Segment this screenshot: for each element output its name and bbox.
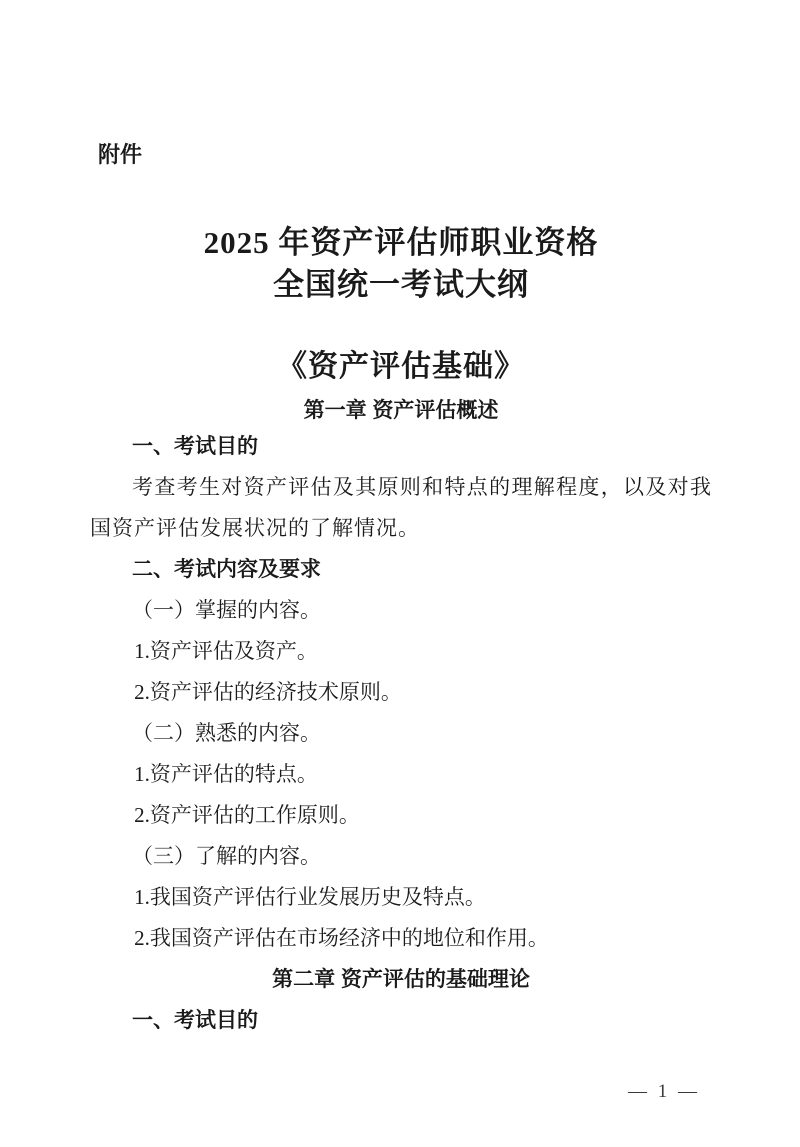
attachment-label: 附件 — [90, 140, 712, 170]
group-3-subheading: （三）了解的内容。 — [90, 836, 712, 877]
chapter-1-exam-purpose-paragraph: 考查考生对资产评估及其原则和特点的理解程度，以及对我国资产评估发展状况的了解情况… — [90, 467, 712, 549]
main-title: 2025 年资产评估师职业资格 全国统一考试大纲 — [90, 222, 712, 306]
group-1-item-2: 2.资产评估的经济技术原则。 — [90, 672, 712, 713]
main-title-line-2: 全国统一考试大纲 — [90, 264, 712, 306]
document-page: 附件 2025 年资产评估师职业资格 全国统一考试大纲 《资产评估基础》 第一章… — [0, 0, 800, 1147]
group-3-item-2: 2.我国资产评估在市场经济中的地位和作用。 — [90, 918, 712, 959]
main-title-line-1: 2025 年资产评估师职业资格 — [90, 222, 712, 264]
chapter-1-heading: 第一章 资产评估概述 — [90, 396, 712, 426]
chapter-1-section-1-heading: 一、考试目的 — [90, 426, 712, 467]
group-2-item-1: 1.资产评估的特点。 — [90, 754, 712, 795]
page-number: — 1 — — [628, 1078, 700, 1106]
chapter-2-heading: 第二章 资产评估的基础理论 — [90, 959, 712, 1000]
group-1-subheading: （一）掌握的内容。 — [90, 590, 712, 631]
group-2-item-2: 2.资产评估的工作原则。 — [90, 795, 712, 836]
group-2-subheading: （二）熟悉的内容。 — [90, 713, 712, 754]
chapter-2-section-1-heading: 一、考试目的 — [90, 1000, 712, 1041]
group-3-item-1: 1.我国资产评估行业发展历史及特点。 — [90, 877, 712, 918]
group-1-item-1: 1.资产评估及资产。 — [90, 631, 712, 672]
chapter-1-section-2-heading: 二、考试内容及要求 — [90, 549, 712, 590]
subject-title: 《资产评估基础》 — [90, 346, 712, 388]
